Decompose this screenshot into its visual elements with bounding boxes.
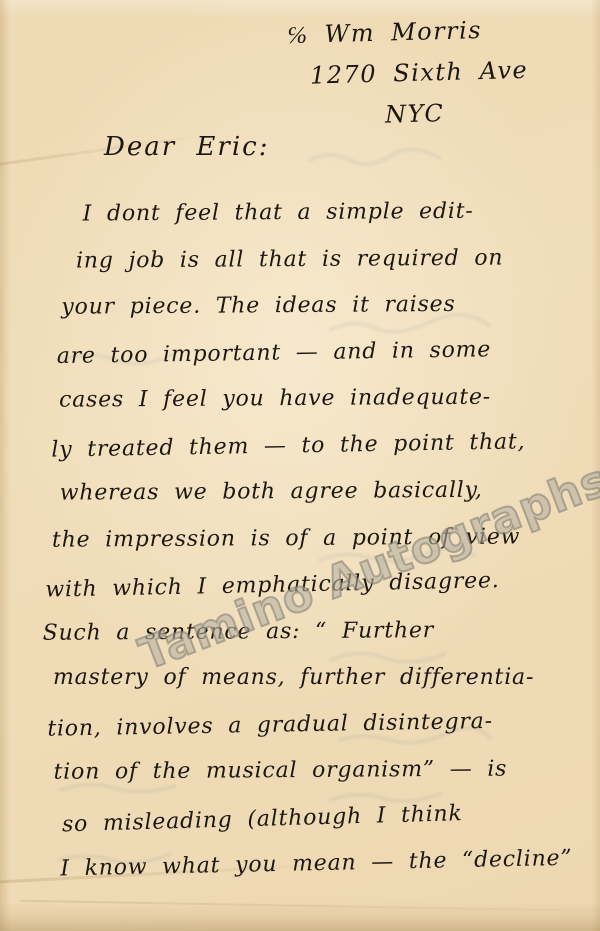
address-block: ℅ Wm Morris 1270 Sixth Ave NYC: [286, 9, 529, 138]
letter-line: the impression is of a point of view: [52, 513, 600, 563]
letter-line: ing job is all that is required on: [76, 234, 598, 284]
salutation: Dear Eric:: [104, 132, 269, 162]
letter-line: mastery of means, further differentia-: [53, 655, 600, 702]
address-care-of: ℅ Wm Morris: [286, 9, 527, 56]
letter-line: tion, involves a gradual disintegra-: [47, 697, 600, 753]
letter-line: cases I feel you have inadequate-: [59, 374, 599, 424]
letter-line: ly treated them — to the point that,: [51, 418, 600, 474]
letter-line: I dont feel that a simple edit-: [83, 188, 598, 238]
letter-line: are too important — and in some: [56, 325, 599, 380]
address-city: NYC: [385, 91, 530, 136]
letter-line: with which I emphatically disagree.: [45, 556, 600, 614]
paper-crease: [20, 900, 600, 912]
letter-line: I know what you mean — the “decline”: [60, 835, 600, 893]
letter-line: whereas we both agree basically,: [60, 467, 600, 517]
address-street: 1270 Sixth Ave: [309, 50, 528, 97]
letter-body: I dont feel that a simple edit- ing job …: [0, 188, 600, 890]
letter-page: ℅ Wm Morris 1270 Sixth Ave NYC Dear Eric…: [0, 0, 600, 931]
letter-line: Such a sentence as: “ Further: [42, 606, 600, 656]
letter-line: your piece. The ideas it raises: [61, 281, 598, 331]
